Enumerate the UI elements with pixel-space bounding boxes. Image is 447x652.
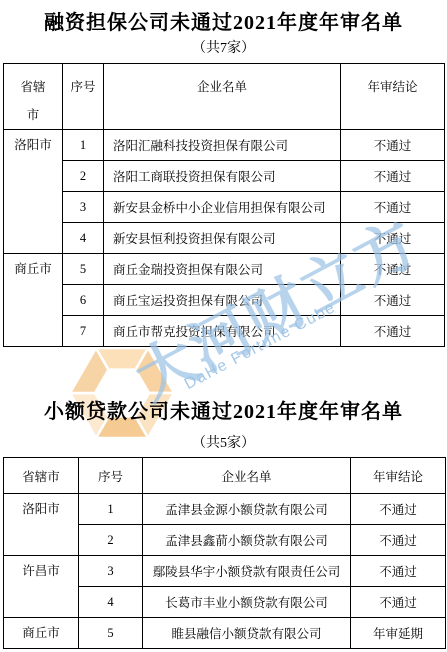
table-row: 洛阳市 1 洛阳汇融科技投资担保有限公司 不通过 <box>4 130 445 161</box>
company-name-cell: 鄢陵县华宇小额贷款有限责任公司 <box>143 556 351 587</box>
company-name-cell: 商丘宝运投资担保有限公司 <box>104 285 341 316</box>
table-row: 洛阳市 1 孟津县金源小额贷款有限公司 不通过 <box>4 494 446 525</box>
seq-cell: 2 <box>63 161 104 192</box>
company-name-cell: 新安县金桥中小企业信用担保有限公司 <box>104 192 341 223</box>
section1-title: 融资担保公司未通过2021年度年审名单 <box>0 6 447 35</box>
result-cell: 不通过 <box>341 223 445 254</box>
city-cell: 商丘市 <box>4 618 79 649</box>
company-name-cell: 商丘金瑞投资担保有限公司 <box>104 254 341 285</box>
col-header-company: 企业名单 <box>143 458 351 494</box>
section2-subtitle: （共5家） <box>0 432 447 452</box>
col-header-seq: 序号 <box>79 458 143 494</box>
table-row: 2 洛阳工商联投资担保有限公司 不通过 <box>4 161 445 192</box>
result-cell: 不通过 <box>351 494 446 525</box>
seq-cell: 1 <box>79 494 143 525</box>
company-name-cell: 睢县融信小额贷款有限公司 <box>143 618 351 649</box>
city-cell: 洛阳市 <box>4 494 79 556</box>
result-cell: 不通过 <box>351 525 446 556</box>
col-header-result: 年审结论 <box>351 458 446 494</box>
result-cell: 不通过 <box>341 161 445 192</box>
seq-cell: 4 <box>79 587 143 618</box>
company-name-cell: 长葛市丰业小额贷款有限公司 <box>143 587 351 618</box>
table-row: 3 新安县金桥中小企业信用担保有限公司 不通过 <box>4 192 445 223</box>
table-header-row: 省辖市 序号 企业名单 年审结论 <box>4 458 446 494</box>
result-cell: 不通过 <box>341 254 445 285</box>
table-row: 4 新安县恒利投资担保有限公司 不通过 <box>4 223 445 254</box>
company-name-cell: 洛阳工商联投资担保有限公司 <box>104 161 341 192</box>
result-cell: 不通过 <box>341 192 445 223</box>
city-cell: 洛阳市 <box>4 130 63 254</box>
col-header-seq: 序号 <box>63 64 104 130</box>
result-cell: 不通过 <box>341 316 445 347</box>
section2-title: 小额贷款公司未通过2021年度年审名单 <box>0 395 447 424</box>
seq-cell: 5 <box>63 254 104 285</box>
company-name-cell: 孟津县鑫葥小额贷款有限公司 <box>143 525 351 556</box>
company-name-cell: 洛阳汇融科技投资担保有限公司 <box>104 130 341 161</box>
hexagon-cube-logo-icon <box>58 340 186 446</box>
company-name-cell: 新安县恒利投资担保有限公司 <box>104 223 341 254</box>
seq-cell: 6 <box>63 285 104 316</box>
col-header-result: 年审结论 <box>341 64 445 130</box>
result-cell: 不通过 <box>341 285 445 316</box>
result-cell: 不通过 <box>351 587 446 618</box>
result-cell: 不通过 <box>341 130 445 161</box>
company-name-cell: 商丘市帮克投资担保有限公司 <box>104 316 341 347</box>
seq-cell: 1 <box>63 130 104 161</box>
col-header-city: 省辖市 <box>4 458 79 494</box>
city-cell: 许昌市 <box>4 556 79 618</box>
company-name-cell: 孟津县金源小额贷款有限公司 <box>143 494 351 525</box>
seq-cell: 4 <box>63 223 104 254</box>
seq-cell: 5 <box>79 618 143 649</box>
section1-subtitle: （共7家） <box>0 37 447 57</box>
col-header-city: 省辖市 <box>4 64 63 130</box>
table-row: 许昌市 3 鄢陵县华宇小额贷款有限责任公司 不通过 <box>4 556 446 587</box>
result-cell: 不通过 <box>351 556 446 587</box>
table-row: 6 商丘宝运投资担保有限公司 不通过 <box>4 285 445 316</box>
result-cell: 年审延期 <box>351 618 446 649</box>
city-cell: 商丘市 <box>4 254 63 347</box>
seq-cell: 7 <box>63 316 104 347</box>
col-header-company: 企业名单 <box>104 64 341 130</box>
table-row: 7 商丘市帮克投资担保有限公司 不通过 <box>4 316 445 347</box>
seq-cell: 3 <box>79 556 143 587</box>
table-header-row: 省辖市 序号 企业名单 年审结论 <box>4 64 445 130</box>
guarantee-companies-table: 省辖市 序号 企业名单 年审结论 洛阳市 1 洛阳汇融科技投资担保有限公司 不通… <box>3 63 445 347</box>
seq-cell: 3 <box>63 192 104 223</box>
seq-cell: 2 <box>79 525 143 556</box>
table-row: 商丘市 5 商丘金瑞投资担保有限公司 不通过 <box>4 254 445 285</box>
table-row: 商丘市 5 睢县融信小额贷款有限公司 年审延期 <box>4 618 446 649</box>
microloan-companies-table: 省辖市 序号 企业名单 年审结论 洛阳市 1 孟津县金源小额贷款有限公司 不通过… <box>3 457 446 649</box>
